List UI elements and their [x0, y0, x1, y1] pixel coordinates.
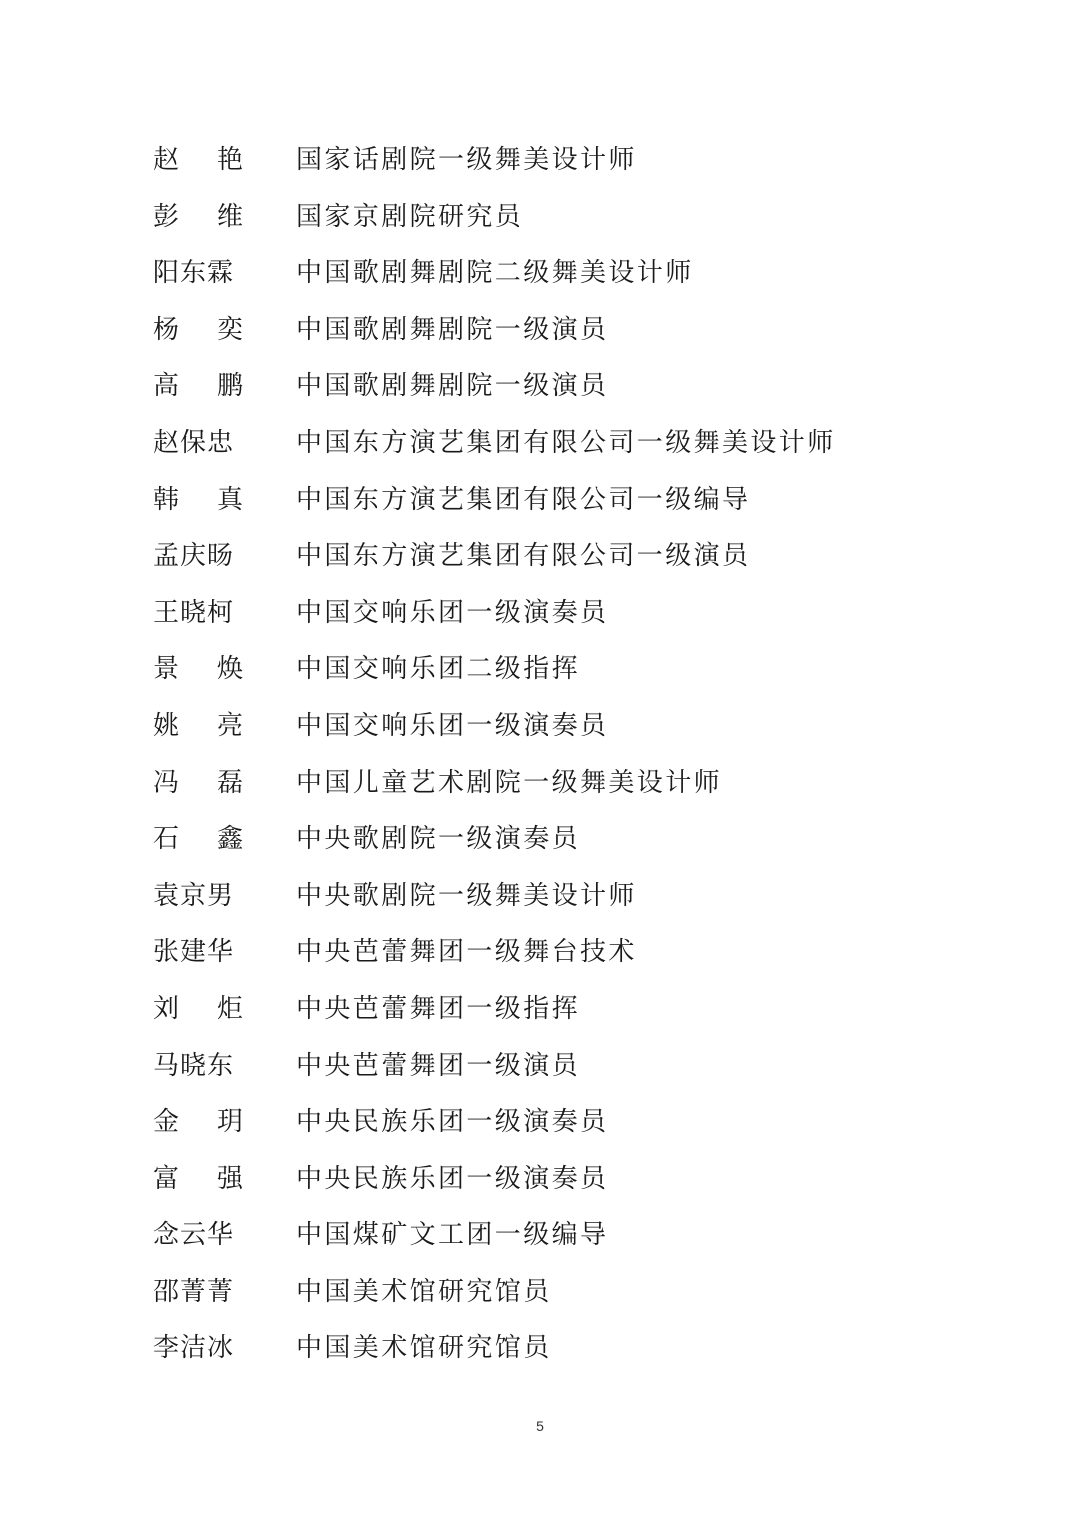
- person-title: 中国煤矿文工团一级编导: [296, 1213, 608, 1257]
- person-name: 王晓柯: [153, 591, 243, 635]
- person-name: 刘炬: [153, 987, 243, 1031]
- list-item: 杨奕 中国歌剧舞剧院一级演员: [153, 308, 913, 365]
- person-name: 杨奕: [153, 308, 243, 352]
- list-item: 刘炬 中央芭蕾舞团一级指挥: [153, 987, 913, 1044]
- list-item: 王晓柯 中国交响乐团一级演奏员: [153, 591, 913, 648]
- name-char: 维: [217, 195, 243, 239]
- name-char: 刘: [153, 987, 179, 1031]
- person-name: 金玥: [153, 1100, 243, 1144]
- name-char: 焕: [217, 647, 243, 691]
- document-page: 赵艳 国家话剧院一级舞美设计师 彭维 国家京剧院研究员 阳东霖 中国歌剧舞剧院二…: [0, 0, 1080, 1527]
- list-item: 孟庆旸 中国东方演艺集团有限公司一级演员: [153, 534, 913, 591]
- name-char: 亮: [217, 704, 243, 748]
- person-title: 中央芭蕾舞团一级指挥: [296, 987, 580, 1031]
- person-title: 中央歌剧院一级舞美设计师: [296, 874, 637, 918]
- person-name: 姚亮: [153, 704, 243, 748]
- person-name: 马晓东: [153, 1044, 243, 1088]
- person-name: 韩真: [153, 478, 243, 522]
- person-title: 中国歌剧舞剧院一级演员: [296, 308, 608, 352]
- person-name: 赵艳: [153, 138, 243, 182]
- person-title: 中国东方演艺集团有限公司一级演员: [296, 534, 750, 578]
- list-item: 阳东霖 中国歌剧舞剧院二级舞美设计师: [153, 251, 913, 308]
- name-char: 杨: [153, 308, 179, 352]
- person-name: 冯磊: [153, 761, 243, 805]
- name-char: 玥: [217, 1100, 243, 1144]
- person-name: 彭维: [153, 195, 243, 239]
- person-title: 中国交响乐团二级指挥: [296, 647, 580, 691]
- person-title: 国家话剧院一级舞美设计师: [296, 138, 637, 182]
- list-item: 赵艳 国家话剧院一级舞美设计师: [153, 138, 913, 195]
- person-name: 邵菁菁: [153, 1270, 243, 1314]
- person-name: 高鹏: [153, 364, 243, 408]
- personnel-list: 赵艳 国家话剧院一级舞美设计师 彭维 国家京剧院研究员 阳东霖 中国歌剧舞剧院二…: [153, 138, 913, 1383]
- name-char: 冯: [153, 761, 179, 805]
- person-title: 中央民族乐团一级演奏员: [296, 1157, 608, 1201]
- list-item: 袁京男 中央歌剧院一级舞美设计师: [153, 874, 913, 931]
- list-item: 冯磊 中国儿童艺术剧院一级舞美设计师: [153, 761, 913, 818]
- person-name: 阳东霖: [153, 251, 243, 295]
- name-char: 景: [153, 647, 179, 691]
- person-name: 袁京男: [153, 874, 243, 918]
- person-title: 中央民族乐团一级演奏员: [296, 1100, 608, 1144]
- name-char: 彭: [153, 195, 179, 239]
- person-name: 赵保忠: [153, 421, 243, 465]
- name-char: 炬: [217, 987, 243, 1031]
- name-char: 鑫: [217, 817, 243, 861]
- name-char: 强: [217, 1157, 243, 1201]
- person-title: 中央芭蕾舞团一级舞台技术: [296, 930, 637, 974]
- person-title: 中国歌剧舞剧院二级舞美设计师: [296, 251, 694, 295]
- list-item: 姚亮 中国交响乐团一级演奏员: [153, 704, 913, 761]
- name-char: 高: [153, 364, 179, 408]
- name-char: 真: [217, 478, 243, 522]
- person-title: 中国交响乐团一级演奏员: [296, 591, 608, 635]
- list-item: 马晓东 中央芭蕾舞团一级演员: [153, 1044, 913, 1101]
- person-name: 李洁冰: [153, 1326, 243, 1370]
- person-title: 中国东方演艺集团有限公司一级舞美设计师: [296, 421, 836, 465]
- name-char: 姚: [153, 704, 179, 748]
- person-title: 国家京剧院研究员: [296, 195, 523, 239]
- list-item: 高鹏 中国歌剧舞剧院一级演员: [153, 364, 913, 421]
- name-char: 赵: [153, 138, 179, 182]
- list-item: 景焕 中国交响乐团二级指挥: [153, 647, 913, 704]
- name-char: 石: [153, 817, 179, 861]
- name-char: 韩: [153, 478, 179, 522]
- list-item: 李洁冰 中国美术馆研究馆员: [153, 1326, 913, 1383]
- list-item: 念云华 中国煤矿文工团一级编导: [153, 1213, 913, 1270]
- list-item: 彭维 国家京剧院研究员: [153, 195, 913, 252]
- person-name: 富强: [153, 1157, 243, 1201]
- person-name: 张建华: [153, 930, 243, 974]
- person-title: 中国儿童艺术剧院一级舞美设计师: [296, 761, 722, 805]
- list-item: 富强 中央民族乐团一级演奏员: [153, 1157, 913, 1214]
- page-number: 5: [0, 1418, 1080, 1434]
- person-name: 孟庆旸: [153, 534, 243, 578]
- person-title: 中国歌剧舞剧院一级演员: [296, 364, 608, 408]
- person-title: 中央歌剧院一级演奏员: [296, 817, 580, 861]
- name-char: 奕: [217, 308, 243, 352]
- person-title: 中央芭蕾舞团一级演员: [296, 1044, 580, 1088]
- person-name: 景焕: [153, 647, 243, 691]
- list-item: 张建华 中央芭蕾舞团一级舞台技术: [153, 930, 913, 987]
- name-char: 磊: [217, 761, 243, 805]
- list-item: 石鑫 中央歌剧院一级演奏员: [153, 817, 913, 874]
- person-name: 念云华: [153, 1213, 243, 1257]
- list-item: 韩真 中国东方演艺集团有限公司一级编导: [153, 478, 913, 535]
- person-title: 中国交响乐团一级演奏员: [296, 704, 608, 748]
- person-name: 石鑫: [153, 817, 243, 861]
- name-char: 富: [153, 1157, 179, 1201]
- list-item: 赵保忠 中国东方演艺集团有限公司一级舞美设计师: [153, 421, 913, 478]
- person-title: 中国美术馆研究馆员: [296, 1326, 552, 1370]
- person-title: 中国美术馆研究馆员: [296, 1270, 552, 1314]
- list-item: 邵菁菁 中国美术馆研究馆员: [153, 1270, 913, 1327]
- list-item: 金玥 中央民族乐团一级演奏员: [153, 1100, 913, 1157]
- person-title: 中国东方演艺集团有限公司一级编导: [296, 478, 750, 522]
- name-char: 艳: [217, 138, 243, 182]
- name-char: 金: [153, 1100, 179, 1144]
- name-char: 鹏: [217, 364, 243, 408]
